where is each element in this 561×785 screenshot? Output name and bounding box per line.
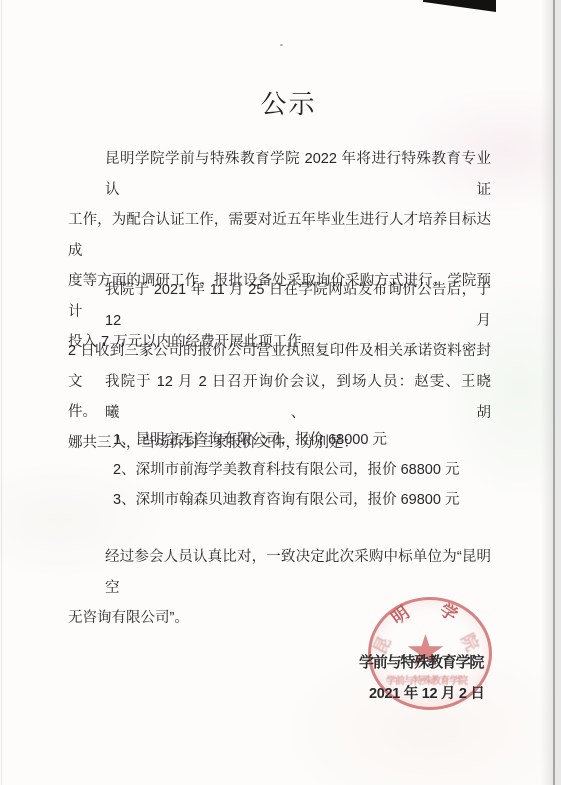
page-title: 公示 xyxy=(8,84,561,121)
bid-list: 1、昆明空无咨询有限公司，报价 68000 元 2、深圳市前海学美教育科技有限公… xyxy=(68,425,491,515)
bid-item: 2、深圳市前海学美教育科技有限公司，报价 68800 元 xyxy=(68,455,491,485)
bid-item: 1、昆明空无咨询有限公司，报价 68000 元 xyxy=(68,425,491,455)
body-line: 我院于 2021 年 11 月 25 日在学院网站发布询价公告后，于 12 月 xyxy=(68,275,491,336)
body-line: 我院于 12 月 2 日召开询价会议，到场人员：赵雯、王晓曦、胡 xyxy=(68,367,491,428)
scan-corner-artifact xyxy=(423,0,496,12)
document-page: 公示 昆明学院学前与特殊教育学院 2022 年将进行特殊教育专业认证 工作，为配… xyxy=(0,0,561,785)
bid-item: 3、深圳市翰森贝迪教育咨询有限公司，报价 69800 元 xyxy=(68,485,491,515)
body-line: 工作，为配合认证工作，需要对近五年毕业生进行人才培养目标达成 xyxy=(68,205,491,266)
signature-date: 2021 年 12 月 2 日 xyxy=(369,682,485,703)
signature-org: 学前与特殊教育学院 xyxy=(359,651,483,672)
ink-speck xyxy=(280,44,283,46)
body-line: 昆明学院学前与特殊教育学院 2022 年将进行特殊教育专业认证 xyxy=(68,144,491,205)
body-line: 经过参会人员认真比对，一致决定此次采购中标单位为“昆明空 xyxy=(68,542,491,603)
left-edge-line xyxy=(1,0,2,785)
